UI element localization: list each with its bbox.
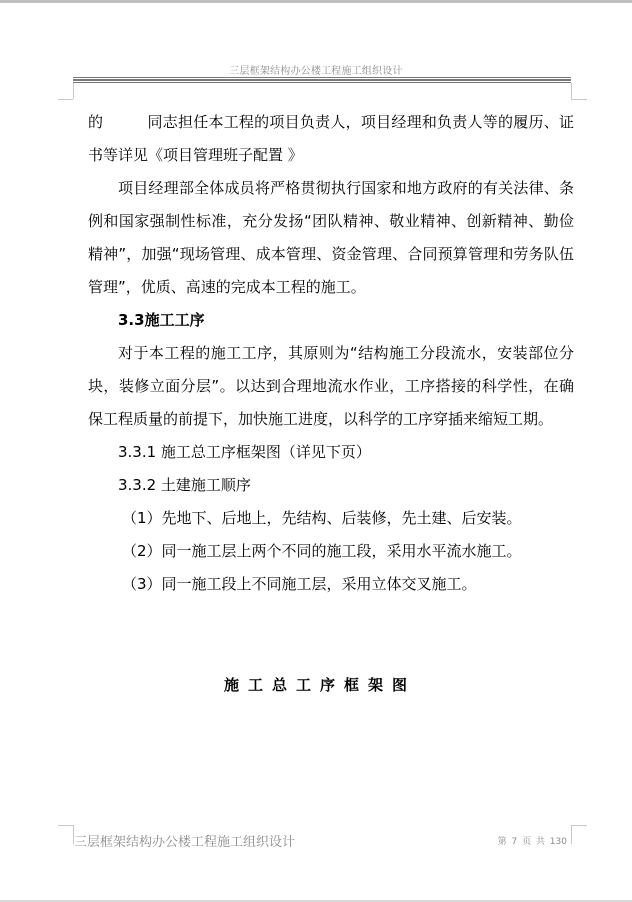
paragraph-lead-word: 的 bbox=[88, 113, 103, 131]
header-rule-line bbox=[73, 79, 571, 81]
page-number: 第 7 页 共 130 bbox=[498, 834, 567, 847]
figure-title: 施工总工序框架图 bbox=[0, 674, 632, 695]
list-item-2: （2）同一施工层上两个不同的施工段，采用水平流水施工。 bbox=[88, 535, 574, 568]
paragraph-team-standards: 项目经理部全体成员将严格贯彻执行国家和地方政府的有关法律、条例和国家强制性标准，… bbox=[88, 172, 574, 304]
document-body: 的同志担任本工程的项目负责人，项目经理和负责人等的履历、证书等详见《项目管理班子… bbox=[88, 106, 574, 601]
paragraph-project-leader: 的同志担任本工程的项目负责人，项目经理和负责人等的履历、证书等详见《项目管理班子… bbox=[88, 106, 574, 172]
paragraph-text: 同志担任本工程的项目负责人，项目经理和负责人等的履历、证书等详见《项目管理班子配… bbox=[88, 113, 574, 164]
crop-mark-top-right-horizontal bbox=[571, 99, 587, 100]
subsection-3-3-2: 3.3.2 土建施工顺序 bbox=[88, 469, 574, 502]
page-header-title: 三层框架结构办公楼工程施工组织设计 bbox=[0, 62, 632, 77]
page-footer-title: 三层框架结构办公楼工程施工组织设计 bbox=[74, 831, 295, 850]
list-item-1: （1）先地下、后地上，先结构、后装修，先土建、后安装。 bbox=[88, 502, 574, 535]
section-heading-3-3: 3.3施工工序 bbox=[88, 304, 574, 337]
subsection-3-3-1: 3.3.1 施工总工序框架图（详见下页） bbox=[88, 436, 574, 469]
crop-mark-top-right-vertical bbox=[571, 83, 572, 99]
header-rule-line bbox=[73, 82, 571, 83]
crop-mark-bottom-left-horizontal bbox=[58, 825, 73, 826]
crop-mark-top-left-vertical bbox=[73, 83, 74, 99]
window-top-edge bbox=[0, 0, 632, 3]
paragraph-section-intro: 对于本工程的施工工序，其原则为“结构施工分段流水，安装部位分块，装修立面分层”。… bbox=[88, 337, 574, 436]
crop-mark-bottom-right-horizontal bbox=[571, 825, 587, 826]
crop-mark-bottom-right-vertical bbox=[571, 825, 572, 844]
header-rule-line bbox=[73, 77, 571, 78]
list-item-3: （3）同一施工段上不同施工层，采用立体交叉施工。 bbox=[88, 568, 574, 601]
crop-mark-top-left-horizontal bbox=[58, 99, 73, 100]
